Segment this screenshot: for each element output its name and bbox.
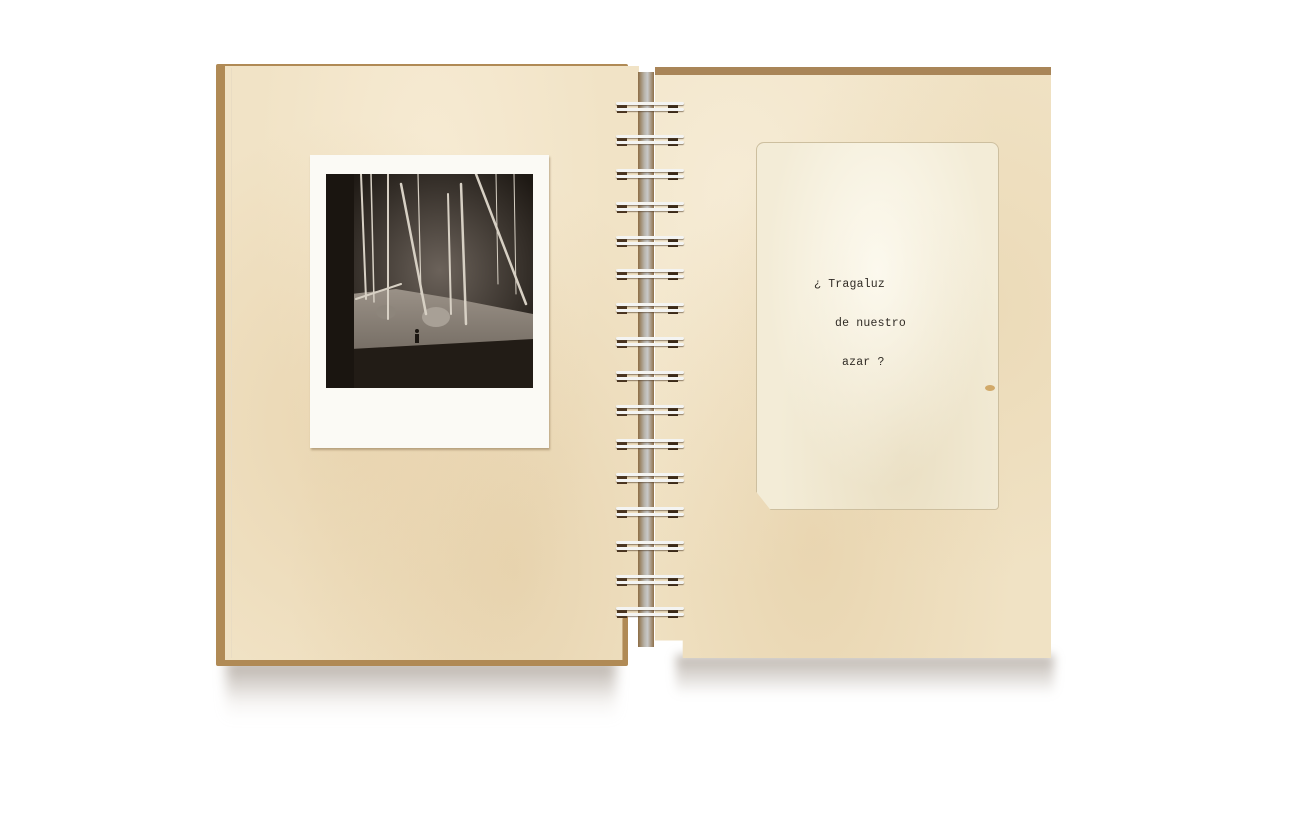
spiral-ring bbox=[612, 336, 688, 350]
spiral-ring bbox=[612, 606, 688, 620]
spiral-ring bbox=[612, 438, 688, 452]
polaroid-photo bbox=[310, 155, 549, 448]
spiral-ring bbox=[612, 201, 688, 215]
spiral-ring bbox=[612, 540, 688, 554]
forest-photo-image bbox=[326, 174, 533, 388]
poem-line-2: de nuestro bbox=[814, 317, 906, 330]
spiral-ring bbox=[612, 472, 688, 486]
spiral-ring bbox=[612, 370, 688, 384]
spiral-ring bbox=[612, 101, 688, 115]
paper-stain bbox=[985, 385, 995, 391]
notebook-photo: ¿ Tragaluz de nuestro azar ? bbox=[0, 0, 1289, 833]
spiral-ring bbox=[612, 574, 688, 588]
spiral-ring bbox=[612, 404, 688, 418]
page-stack-edge bbox=[231, 68, 232, 658]
typewritten-poem: ¿ Tragaluz de nuestro azar ? bbox=[814, 252, 906, 395]
poem-line-1: ¿ Tragaluz bbox=[814, 278, 906, 291]
spiral-ring bbox=[612, 168, 688, 182]
spiral-ring bbox=[612, 302, 688, 316]
right-page-shadow bbox=[676, 655, 1054, 695]
spiral-ring bbox=[612, 235, 688, 249]
spiral-binding bbox=[612, 0, 688, 833]
spiral-ring bbox=[612, 134, 688, 148]
poem-line-3: azar ? bbox=[814, 356, 906, 369]
spiral-ring bbox=[612, 506, 688, 520]
spiral-ring bbox=[612, 268, 688, 282]
left-page-shadow bbox=[226, 660, 616, 720]
